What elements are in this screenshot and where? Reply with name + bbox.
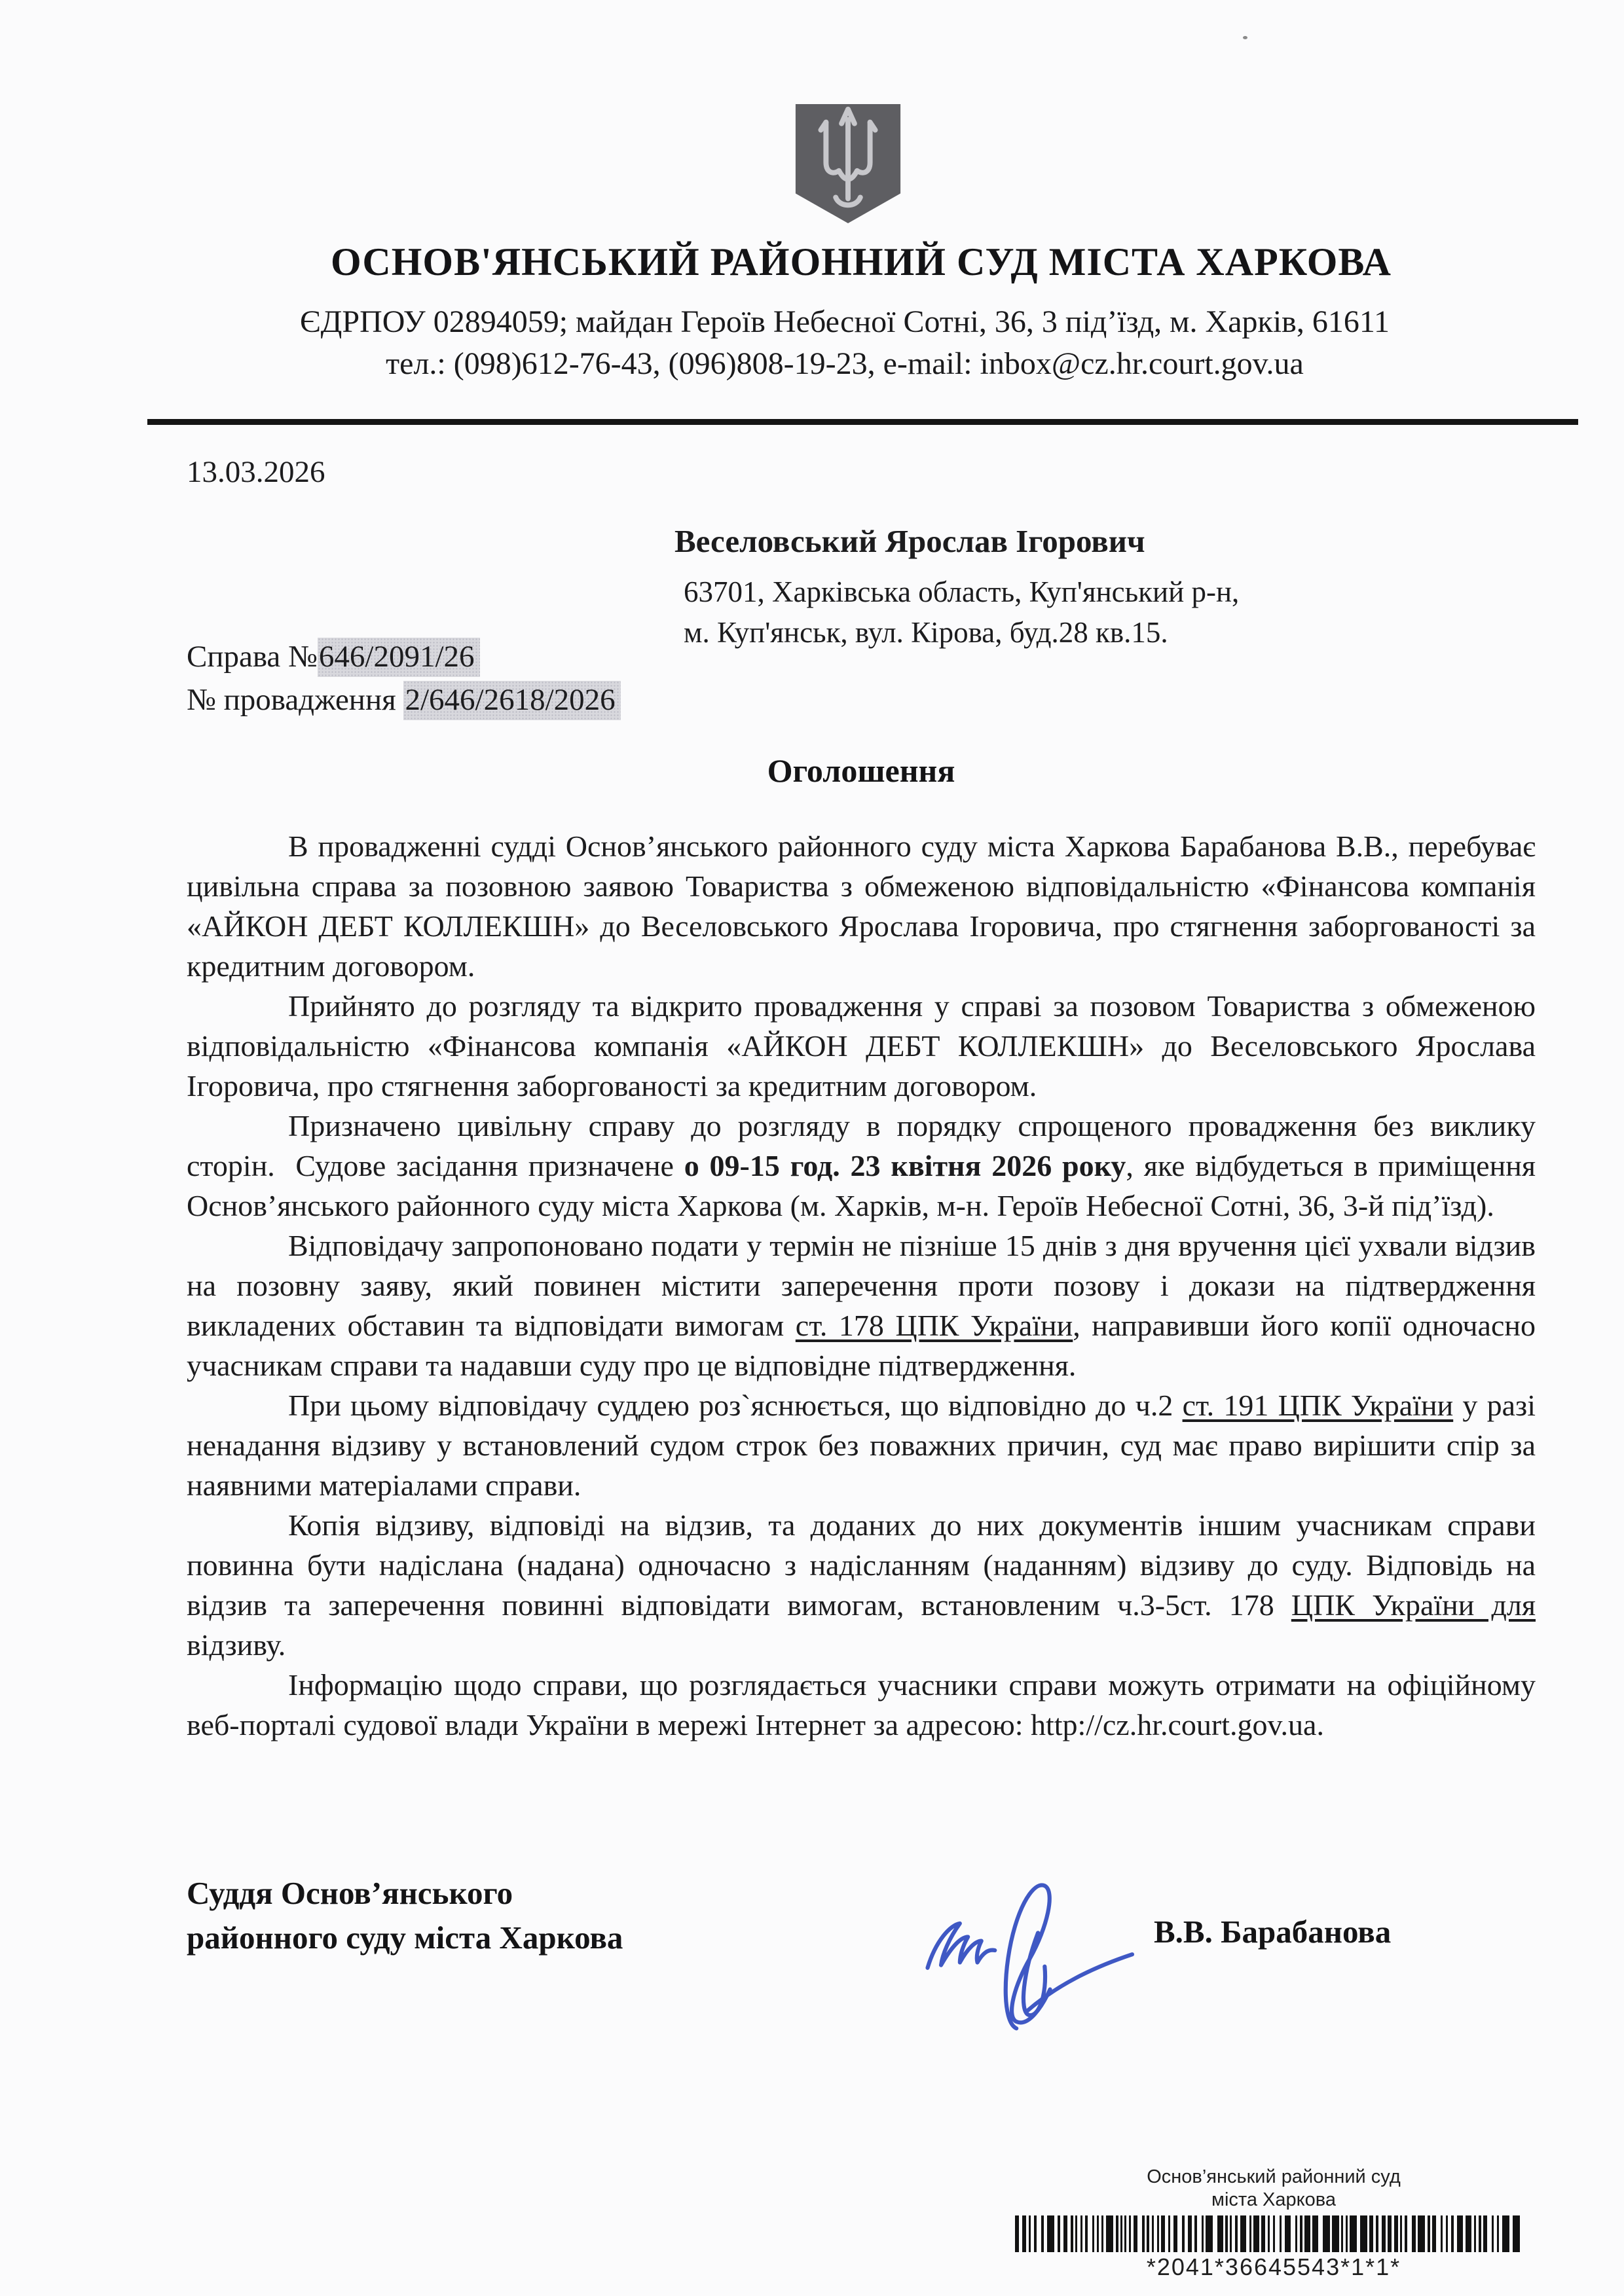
body-paragraph: Відповідачу запропоновано подати у термі… [187, 1226, 1536, 1385]
recipient-address: 63701, Харківська область, Куп'янський р… [674, 572, 1239, 653]
signature-ink-icon [915, 1851, 1158, 2048]
barcode-gap [1487, 2215, 1492, 2252]
barcode-bar [1418, 2215, 1425, 2252]
document-page: ОСНОВ'ЯНСЬКИЙ РАЙОННИЙ СУД МІСТА ХАРКОВА… [0, 0, 1624, 2296]
recipient-address-line: 63701, Харківська область, Куп'янський р… [684, 572, 1239, 612]
proceeding-number-line: № провадження 2/646/2618/2026 [187, 678, 621, 721]
judge-title-line: Суддя Основ’янського [187, 1871, 623, 1916]
barcode-gap [1088, 2215, 1092, 2252]
barcode-gap [1520, 2215, 1523, 2252]
barcode-bar [1217, 2215, 1223, 2252]
case-number-line: Справа №646/2091/26 [187, 635, 621, 678]
barcode-gap [1177, 2215, 1182, 2252]
statute-reference: ст. 191 ЦПК України [1183, 1389, 1454, 1422]
proceeding-number-highlight: 2/646/2618/2026 [403, 681, 620, 720]
barcode-bar [1240, 2215, 1246, 2252]
barcode-bar [1312, 2215, 1318, 2252]
barcode-gap [1213, 2215, 1217, 2252]
hearing-datetime: о 09-15 год. 23 квітня 2026 року [684, 1149, 1126, 1182]
recipient-name: Веселовський Ярослав Ігорович [674, 522, 1239, 560]
ukraine-trident-icon [790, 100, 906, 227]
announcement-body: В провадженні судді Основ’янського район… [187, 826, 1536, 1745]
body-paragraph: При цьому відповідачу суддею роз`яснюєть… [187, 1385, 1536, 1505]
recipient-block: Веселовський Ярослав Ігорович 63701, Хар… [674, 522, 1239, 653]
judge-title-line: районного суду міста Харкова [187, 1916, 623, 1960]
body-paragraph: В провадженні судді Основ’янського район… [187, 826, 1536, 986]
barcode-label: Основ’янський районний суд [1012, 2166, 1536, 2189]
barcode-bar [1285, 2215, 1291, 2252]
barcode [1015, 2215, 1532, 2252]
court-contacts: тел.: (098)612-76-43, (096)808-19-23, e-… [121, 346, 1568, 382]
body-paragraph: Призначено цивільну справу до розгляду в… [187, 1106, 1536, 1226]
barcode-bar [1304, 2215, 1310, 2252]
proceeding-number-label: № провадження [187, 683, 403, 717]
barcode-bar [1457, 2215, 1463, 2252]
letter-date: 13.03.2026 [187, 454, 325, 490]
barcode-gap [1318, 2215, 1323, 2252]
barcode-gap [1275, 2215, 1280, 2252]
body-paragraph: Інформацію щодо справи, що розглядається… [187, 1665, 1536, 1745]
barcode-gap [1197, 2215, 1202, 2252]
barcode-bar [1466, 2215, 1471, 2252]
judge-name: В.В. Барабанова [1154, 1913, 1391, 1950]
barcode-bar [1332, 2215, 1339, 2252]
paragraph-text: відзиву. [187, 1628, 286, 1662]
barcode-label: міста Харкова [1012, 2189, 1536, 2212]
paragraph-text: Інформацію щодо справи, що розглядається… [187, 1668, 1536, 1741]
body-paragraph: Копія відзиву, відповіді на відзив, та д… [187, 1505, 1536, 1665]
barcode-text: *2041*36645543*1*1* [1012, 2253, 1536, 2281]
barcode-block: Основ’янський районний суд міста Харкова… [1012, 2166, 1536, 2281]
case-reference-block: Справа №646/2091/26 № провадження 2/646/… [187, 635, 621, 721]
barcode-bar [1106, 2215, 1113, 2252]
barcode-bar [1047, 2215, 1054, 2252]
letterhead-rule [147, 419, 1578, 425]
paragraph-text: При цьому відповідачу суддею роз`яснюєть… [288, 1389, 1183, 1422]
barcode-bar [1502, 2215, 1509, 2252]
barcode-bar [1350, 2215, 1357, 2252]
barcode-bar [1253, 2215, 1259, 2252]
paragraph-text: В провадженні судді Основ’янського район… [187, 829, 1536, 983]
barcode-gap [1037, 2215, 1041, 2252]
announcement-title: Оголошення [187, 752, 1536, 790]
barcode-bar [1206, 2215, 1213, 2252]
court-address: ЄДРПОУ 02894059; майдан Героїв Небесної … [121, 304, 1568, 340]
case-number-label: Справа № [187, 640, 318, 674]
statute-reference: ст. 178 ЦПК України [796, 1309, 1073, 1342]
judge-title: Суддя Основ’янського районного суду міст… [187, 1871, 623, 1960]
barcode-gap [1137, 2215, 1142, 2252]
statute-reference: ЦПК України для [1291, 1588, 1536, 1622]
barcode-bar [1323, 2215, 1330, 2252]
body-paragraph: Прийнято до розгляду та відкрито провадж… [187, 986, 1536, 1106]
barcode-gap [1291, 2215, 1295, 2252]
barcode-bar [1360, 2215, 1367, 2252]
barcode-gap [1407, 2215, 1412, 2252]
court-name: ОСНОВ'ЯНСЬКИЙ РАЙОННИЙ СУД МІСТА ХАРКОВА [187, 240, 1536, 285]
recipient-address-line: м. Куп'янськ, вул. Кірова, буд.28 кв.15. [684, 612, 1239, 653]
paragraph-text: Прийнято до розгляду та відкрито провадж… [187, 989, 1536, 1102]
barcode-bar [1513, 2215, 1520, 2252]
scan-speck [1243, 36, 1247, 39]
barcode-gap [1436, 2215, 1441, 2252]
case-number-highlight: 646/2091/26 [318, 638, 480, 677]
